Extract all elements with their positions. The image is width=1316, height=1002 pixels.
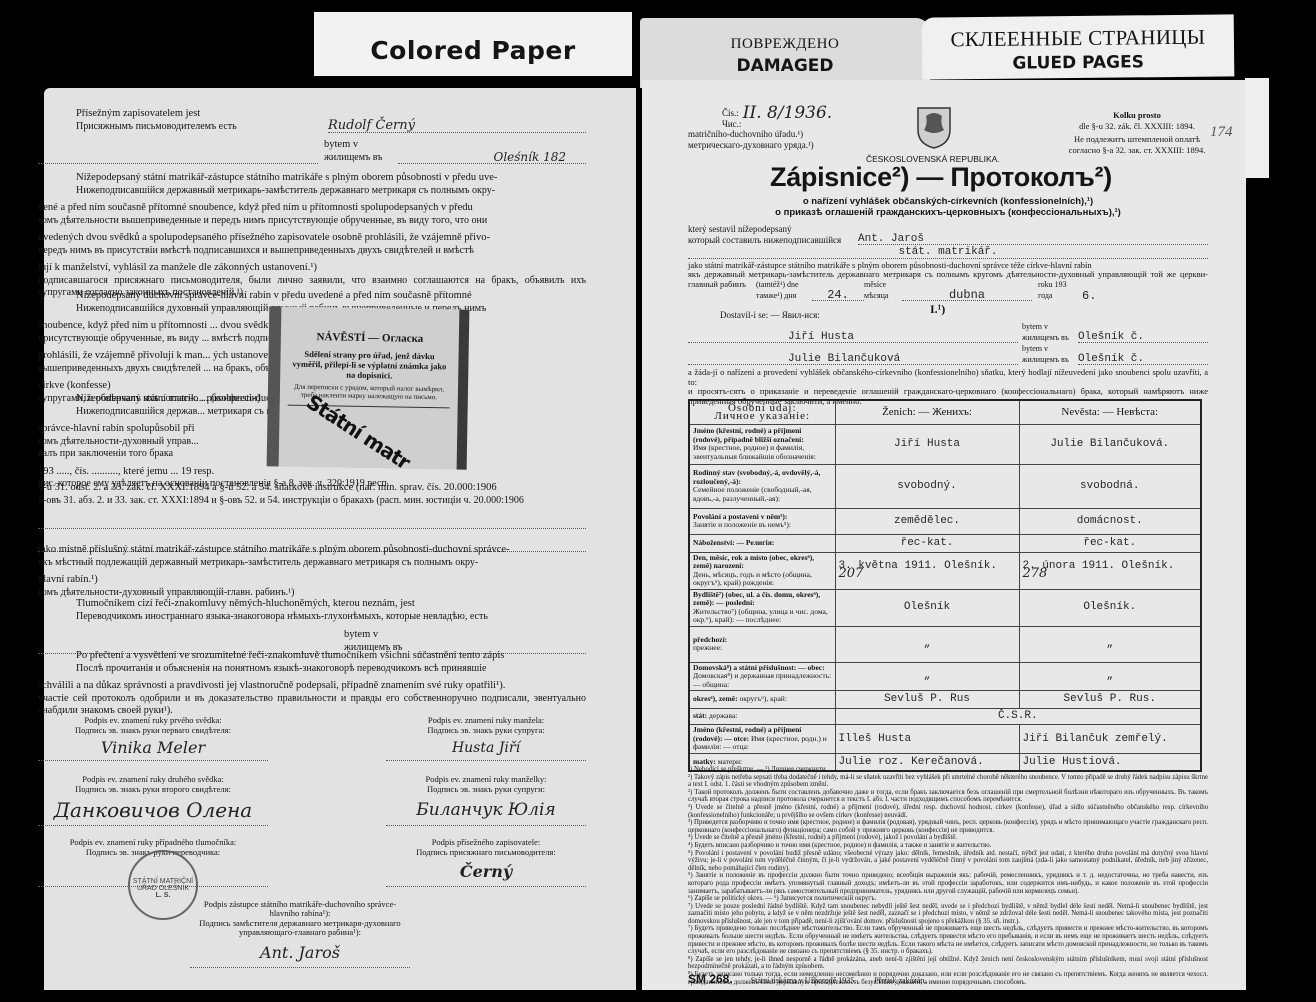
label-colored-paper-text: Colored Paper (314, 36, 632, 65)
footnote: ⁷) Uvede se pouze poslední řádné bydlišt… (688, 903, 1208, 926)
groom-marital-status: svobodný. (835, 464, 1019, 508)
bride-bytem-ru: жилищемъ въ (1022, 355, 1078, 366)
label-damaged-en: DAMAGED (640, 56, 930, 76)
bride-birth: 2. února 1911. Olešník. 278 (1019, 552, 1201, 589)
month-label-ru: мѣсяца (864, 291, 902, 302)
date-day: 24. (812, 290, 864, 302)
date-row: (tamtéž¹) dne тамже¹) дня 24. měsíce мѣс… (756, 280, 1176, 301)
table-row: Den, měsíc, rok a místo (obec, okres⁶), … (689, 552, 1201, 589)
day-label-cz: (tamtéž¹) dne (756, 280, 812, 291)
p2-cz: Nížepodepsaný duchovní správce-hlavní ra… (38, 290, 586, 303)
p1c-ru: передъ нимъ въ присутствіи вмѣстѣ подпис… (38, 245, 586, 258)
registry-number-block: Čís.: II. 8/1936. Чис.: matričního-ducho… (688, 108, 848, 150)
cis-value: II. 8/1936. (743, 108, 832, 119)
printer: Státní tiskárna v Užhorodě 1935. (751, 976, 857, 985)
document-subtitle: o nařízení vyhlášek občanských-církevníc… (688, 196, 1208, 218)
date-year-digit: 6. (1082, 291, 1096, 302)
official-seal: STÁTNÍ MATRIČNÍ ÚŘAD OLEŠNÍK L. S. (128, 850, 198, 920)
reprint-notice: Přetisk zakázán. (874, 976, 926, 985)
row-label-ru: Домовская⁸) и державная принадлежность: … (693, 671, 831, 689)
p4-cz: jako místně příslušný státní matrikář-zá… (38, 544, 586, 557)
coat-of-arms-icon (908, 104, 960, 150)
sig-deputy-label-cz: Podpis zástupce státního matrikáře-ducho… (190, 900, 410, 919)
subtitle-ru: о приказѣ оглашеній гражданскихъ-церковн… (688, 207, 1208, 218)
footnote: ⁵) Занятіе и положеніе въ профессіи долж… (688, 872, 1208, 895)
compiled-role: stát. matrikář. (688, 247, 1208, 259)
footnote: ⁵) Povolání i postavení v povolání budiž… (688, 850, 1208, 873)
groom-birth: 3. května 1911. Olešník. 207 (835, 552, 1019, 589)
groom-bytem-cz: bytem v (1022, 322, 1078, 333)
table-row: Domovská⁸) a státní příslušnost: — obec:… (689, 662, 1201, 691)
groom-birth-note: 207 (839, 566, 864, 581)
request-cz: a žáda-jí o nařízení a provedení vyhláše… (688, 368, 1208, 387)
party-bride-residence: Olešník č. (1078, 354, 1208, 366)
form-number: SM 268. (688, 972, 733, 986)
office-ru: метрическаго-духовнаго уряда.¹) (688, 140, 848, 151)
p1c-cz: uvedených dvou svědků a spolupodepsaného… (38, 232, 586, 245)
interpreter-section: Tlumočníkem cizí řeči-znakomluvy němých-… (38, 598, 586, 654)
recorder-label-ru: Присяжнымъ письмоводителемъ есть (76, 121, 328, 134)
stamp-free-ru: Не подлежитъ штемпленой оплатѣ (1052, 134, 1222, 145)
declaration-paragraph-1: Nížepodepsaný státní matrikář-zástupce s… (38, 172, 586, 300)
compiled-name: Ant. Jaroš (858, 234, 1208, 246)
header-bride: Nevěsta: — Невѣста: (1019, 400, 1201, 424)
glued-notice-slip: NÁVĚSTÍ — Огласка Sdělení strany pro úřa… (267, 306, 470, 469)
footnote: ⁷) Будетъ приведено только послѣднее мѣс… (688, 925, 1208, 955)
row-label-cz: Jméno (křestní, rodné) a příjmení (rodov… (693, 426, 804, 444)
bride-name: Julie Bilančuková. (1019, 424, 1201, 464)
interpreter-cz: Tlumočníkem cizí řeči-znakomluvy němých-… (38, 598, 586, 611)
groom-father: Illeš Husta (835, 725, 1019, 754)
table-row: Jméno (křestní, rodné) a příjmení (rodov… (689, 725, 1201, 754)
personal-details-table: Osobní údaj: Личное указаніе: Ženich: — … (688, 399, 1202, 772)
header-groom: Ženich: — Женихъ: (835, 400, 1019, 424)
row-label: Domovská⁸) a státní příslušnost: — obec:… (689, 662, 835, 691)
sig-recorder: Černý (386, 857, 586, 887)
row-label: Rodinný stav (svobodný,-á, ovdovělý,-á, … (689, 464, 835, 508)
stamp-free-cz: Kolku prosto (1052, 110, 1222, 121)
row-label: Jméno (křestní, rodné) a příjmení (rodov… (689, 725, 835, 754)
groom-last-residence: Olešník (835, 589, 1019, 626)
p4-ru: якъ мѣстный подлежащій державный метрика… (38, 557, 586, 570)
bride-bytem-cz: bytem v (1022, 344, 1078, 355)
notice-body-cz: Sdělení strany pro úřad, jenž dávku vymě… (288, 349, 450, 382)
party-bride-name: Julie Bilančuková (688, 354, 1018, 366)
bride-religion: řec-kat. (1019, 534, 1201, 552)
label-damaged-ru: ПОВРЕЖДЕНО (640, 36, 930, 53)
page-edge-strip (1245, 78, 1269, 178)
footnote: ²) Такой протоколъ долженъ быти составле… (688, 789, 1208, 804)
p1b-cz: dené a před ním současně přítomné snoube… (38, 202, 586, 215)
sig-husband-label-ru: Подпись эв. знакъ руки супруга: (386, 726, 586, 736)
sig-wife-label-ru: Подпись эв. знакъ руки супруги: (386, 785, 586, 795)
party-groom-name: Jiří Husta (688, 332, 1018, 344)
seal-text: STÁTNÍ MATRIČNÍ ÚŘAD OLEŠNÍK (130, 878, 196, 892)
table-row: Jméno (křestní, rodné) a příjmení (rodov… (689, 424, 1201, 464)
footnote: ³) Uvede se čitelně a přesně jméno (křes… (688, 804, 1208, 819)
residence-label-cz: bytem v (324, 139, 398, 152)
subtitle-cz: o nařízení vyhlášek občanských-církevníc… (688, 196, 1208, 207)
residence-label-ru: жилищемъ въ (324, 152, 398, 165)
stamp-free-ru2: согласно §-а 32. зак. ст. XXXIII: 1894. (1052, 145, 1222, 156)
month-label-cz: měsíce (864, 280, 902, 291)
label-damaged: ПОВРЕЖДЕНО DAMAGED (640, 18, 930, 88)
sig-wife: Биланчук Юлія (386, 794, 586, 826)
state-citizenship: Č.S.R. (835, 709, 1201, 725)
p1-ru: Нижеподписавшійся державный метрикарь-за… (38, 185, 586, 198)
recorder-name: Rudolf Černý (328, 120, 586, 134)
p1d-cz: lují k manželství, vyhlásil za manžele d… (38, 262, 586, 275)
table-header-row: Osobní údaj: Личное указаніе: Ženich: — … (689, 400, 1201, 424)
reading-confirmation: Po přečtení a vysvětlení ve srozumitelné… (38, 650, 586, 718)
sig-witness2: Данковичов Олена (38, 794, 268, 826)
table-row: Náboženství: — Религія: řec-kat. řec-kat… (689, 534, 1201, 552)
notice-title: NÁVĚSTÍ — Огласка (289, 331, 451, 346)
law-ru: §-овъ 31. абз. 2. и 33. зак. ст. XXXI:18… (38, 495, 586, 508)
residence-value: Oleśník 182 (398, 151, 586, 165)
row-label: Náboženství: — Религія: (689, 534, 835, 552)
p4b-cz: hlavní rabín.¹) (38, 574, 586, 587)
label-colored-paper: Colored Paper (314, 12, 632, 76)
row-label-ru: Жительство⁷) (община, улица и чис. дома,… (693, 607, 828, 625)
footnotes: ¹) Nehodící se přeškrtne. — ¹) Лишнее сч… (688, 766, 1208, 986)
sig-witness1-label-ru: Подпись эв. знакъ руки перваго свидѣтеля… (38, 726, 268, 736)
sig-deputy-label-ru: Подпись замѣстителя державнаго метрикаря… (190, 919, 410, 938)
cis-label: Čís.: (722, 108, 739, 119)
bride-district: Sevluš P. Rus. (1019, 691, 1201, 709)
recorder-section: Přísežným zapisovatelem jest Присяжнымъ … (38, 108, 586, 164)
law-blank-1 (38, 507, 586, 529)
groom-prev-residence: „ (835, 626, 1019, 662)
label-glued-pages: СКЛЕЕННЫЕ СТРАНИЦЫ GLUED PAGES (922, 14, 1235, 79)
row-label-ru: матери: (718, 757, 742, 766)
compiled-label-ru: который составилъ нижеподписавшійся (688, 235, 858, 246)
row-label: stát: держава: (689, 709, 835, 725)
table-row: okres⁶), země: округъ⁶), край: Sevluš P.… (689, 691, 1201, 709)
footnote: ⁶) Zapíše se politický okres. — ⁶) Запис… (688, 895, 1208, 903)
row-label: Jméno (křestní, rodné) a příjmení (rodov… (689, 424, 835, 464)
row-label-cz: stát: (693, 711, 707, 720)
year-label-ru: года (1038, 291, 1082, 302)
label-glued-ru: СКЛЕЕННЫЕ СТРАНИЦЫ (922, 24, 1234, 52)
row-label-ru: Имя (крестное, родное) и фамилія, эвенту… (693, 443, 816, 461)
document-title: Zápisnice²) — Протоколъ²) (770, 162, 1112, 193)
section-number: I.¹) (930, 302, 945, 317)
groom-religion: řec-kat. (835, 534, 1019, 552)
interp-bytem-cz: bytem v (344, 629, 418, 642)
sig-husband: Husta Jiří (386, 735, 586, 761)
day-label-ru: тамже¹) дня (756, 291, 812, 302)
year-label-cz: roku 193 (1038, 280, 1082, 291)
footnote: ⁸) Zapíše se jen tehdy, je-li ihned nesp… (688, 956, 1208, 971)
footnote: ⁴) Будетъ вписано разборчиво и точно имя… (688, 842, 1208, 850)
residence-blank (38, 152, 318, 164)
form-imprint: SM 268. Státní tiskárna v Užhorodě 1935.… (688, 972, 926, 986)
p1-cz: Nížepodepsaný státní matrikář-zástupce s… (38, 172, 586, 185)
label-glued-en: GLUED PAGES (922, 51, 1234, 74)
compiled-label-cz: který sestavil nížepodepsaný (688, 224, 858, 235)
row-label-ru: округъ⁶), край: (739, 694, 786, 703)
footnote: ³) Приведется разборчиво и точно имя (кр… (688, 819, 1208, 834)
row-label: předchozí:прежнее: (689, 626, 835, 662)
footnote: ⁴) Uvede se čitelně a přesně jméno (křes… (688, 834, 1208, 842)
law-cz: §-ů 31. odst. 2. a 33. zák. čl. XXXI:189… (38, 482, 586, 495)
groom-bytem-ru: жилищемъ въ (1022, 333, 1078, 344)
date-month: dubna (902, 290, 1032, 302)
party-groom-residence: Olešník č. (1078, 332, 1208, 344)
p5-cz: Po přečtení a vysvětlení ve srozumitelné… (38, 650, 586, 663)
stamp-duty-exemption: Kolku prosto dle §-u 32. zák. čl. XXXIII… (1052, 110, 1222, 155)
sig-witness2-label-ru: Подпись эв. знакъ руки второго свидѣтеля… (38, 785, 268, 795)
sig-witness1: Vinika Meler (38, 735, 268, 761)
signature-block: Podpis ev. znamení ruky prvého svědka: П… (38, 716, 586, 968)
row-label-ru: День, мѣсяцъ, годъ и мѣсто (община, окру… (693, 570, 812, 588)
table-row: Povolání a postavení v něm⁵):Занятіе и п… (689, 508, 1201, 534)
row-label-cz: okres⁶), země: (693, 694, 738, 703)
row-label-cz: Den, měsíc, rok a místo (obec, okres⁶), … (693, 553, 814, 571)
groom-district: Sevluš P. Rus (835, 691, 1019, 709)
row-label-ru: держава: (709, 711, 737, 720)
groom-name: Jiří Husta (835, 424, 1019, 464)
interpreter-ru: Переводчикомъ иностраннаго языка-знакого… (38, 611, 586, 624)
row-label: Povolání a postavení v něm⁵):Занятіе и п… (689, 508, 835, 534)
row-label: okres⁶), země: округъ⁶), край: (689, 691, 835, 709)
bride-home-municipality: „ (1019, 662, 1201, 691)
bride-prev-residence: „ (1019, 626, 1201, 662)
bride-occupation: domácnost. (1019, 508, 1201, 534)
appearing-parties: Jiří Husta bytem v жилищемъ въ Olešník č… (688, 322, 1208, 406)
row-label: Bydliště⁷) (obec, ul. a čís. domu, okres… (689, 589, 835, 626)
header-personal-ru: Личное указаніе: (693, 412, 832, 421)
stamp-free-cz2: dle §-u 32. zák. čl. XXXIII: 1894. (1052, 121, 1222, 132)
bride-father: Jiří Bilančuk zemřelý. (1019, 725, 1201, 754)
row-label-ru: прежнее: (693, 643, 722, 652)
row-label-cz: matky: (693, 757, 716, 766)
local-registrar: jako místně příslušný státní matrikář-zá… (38, 544, 586, 599)
office-cz: matričního-duchovního úřadu.¹) (688, 129, 848, 140)
row-label-cz: Náboženství: — Религія: (693, 538, 774, 547)
p3d-cz: 193 ....., čís. .........., které jemu .… (38, 466, 586, 479)
bride-last-residence: Olešník. (1019, 589, 1201, 626)
table-row: stát: держава: Č.S.R. (689, 709, 1201, 725)
p5b-ru: участіе сей протоколъ одобрили и въ дока… (38, 693, 586, 718)
row-label-ru: Семейное положеніе (свободный,-ая, вдовъ… (693, 485, 812, 503)
groom-home-municipality: „ (835, 662, 1019, 691)
sig-recorder-label-ru: Подпись присяжнаго письмоводителя: (386, 848, 586, 858)
sig-deputy: Ant. Jaroš (190, 938, 410, 968)
recorder-label-cz: Přísežným zapisovatelem jest (76, 108, 328, 121)
footnote: ¹) Nehodící se přeškrtne. — ¹) Лишнее сч… (688, 766, 1208, 774)
row-label-ru: Занятіе и положеніе въ немъ⁵): (693, 520, 791, 529)
p1b-ru: гомъ дѣятельности вышеприведенные и пере… (38, 215, 586, 228)
footnote: ²) Takový zápis netřeba sepsati třeba do… (688, 774, 1208, 789)
seal-ls: L. S. (156, 892, 171, 899)
p5b-cz: schválili a na důkaz správnosti a pravdi… (38, 680, 586, 693)
table-row: Rodinný stav (svobodný,-á, ovdovělý,-á, … (689, 464, 1201, 508)
row-label: Den, měsíc, rok a místo (obec, okres⁶), … (689, 552, 835, 589)
row-label-cz: Bydliště⁷) (obec, ul. a čís. domu, okres… (693, 590, 820, 608)
groom-occupation: zemědělec. (835, 508, 1019, 534)
bride-birth-note: 278 (1023, 566, 1048, 581)
row-label-cz: Rodinný stav (svobodný,-á, ovdovělý,-á, … (693, 468, 820, 486)
bride-marital-status: svobodná. (1019, 464, 1201, 508)
appeared-label: Dostavil-i se: — Явил-ися: (720, 310, 820, 321)
table-row: Bydliště⁷) (obec, ul. a čís. domu, okres… (689, 589, 1201, 626)
page-number: 174 (1210, 124, 1233, 141)
header-personal-info: Osobní údaj: Личное указаніе: (689, 400, 835, 424)
p5-ru: Послѣ прочитанія и объясненія на понятно… (38, 663, 586, 676)
table-row: předchozí:прежнее: „ „ (689, 626, 1201, 662)
